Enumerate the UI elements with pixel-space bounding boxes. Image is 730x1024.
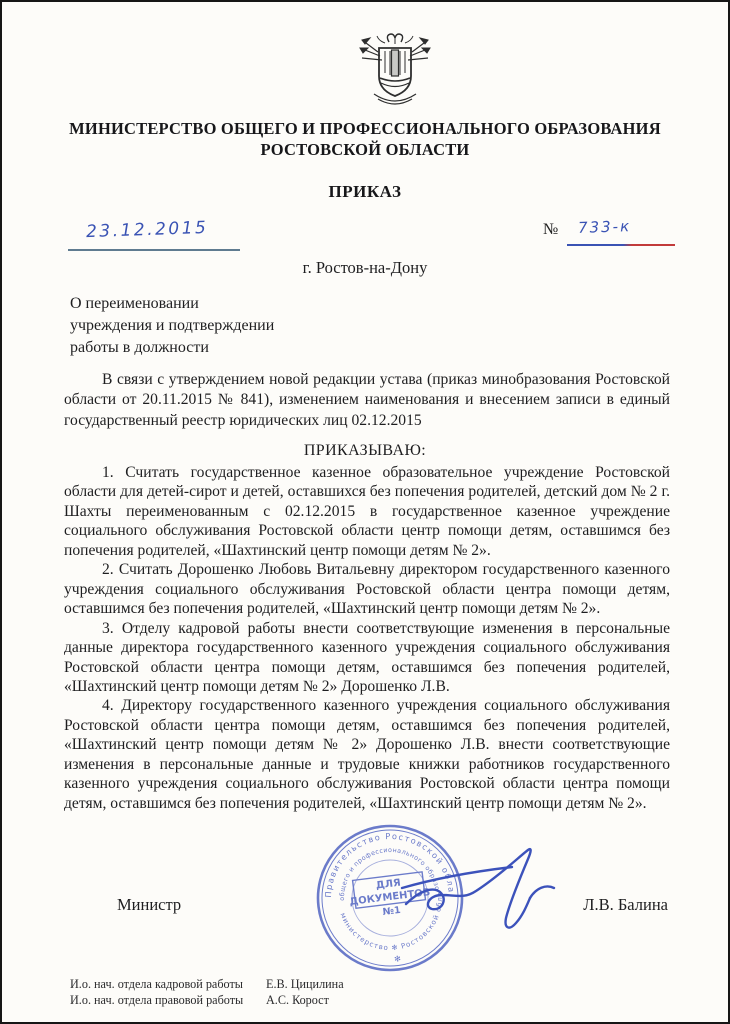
stamp-center-line1: ДЛЯ (375, 878, 401, 892)
intro-paragraph: В связи с утверждением новой редакции ус… (64, 370, 670, 431)
footer-name-2: А.С. Корост (266, 992, 490, 1008)
minister-name: Л.В. Балина (583, 895, 668, 915)
order-item-4: 4. Директору государственного казенного … (64, 696, 670, 813)
coat-of-arms-icon (354, 30, 436, 112)
footer-approvals: И.о. нач. отдела кадровой работы Е.В. Ци… (70, 976, 490, 1008)
handwritten-date: 23.12.2015 (86, 218, 209, 242)
date-underline (68, 249, 240, 251)
order-item-2: 2. Считать Дорошенко Любовь Витальевну д… (64, 560, 670, 618)
footer-row-1: И.о. нач. отдела кадровой работы Е.В. Ци… (70, 976, 490, 992)
footer-row-2: И.о. нач. отдела правовой работы А.С. Ко… (70, 992, 490, 1008)
footer-position-2: И.о. нач. отдела правовой работы (70, 992, 266, 1008)
ministry-header: МИНИСТЕРСТВО ОБЩЕГО И ПРОФЕССИОНАЛЬНОГО … (2, 118, 728, 160)
order-word: ПРИКАЗЫВАЮ: (2, 442, 728, 460)
order-item-1: 1. Считать государственное казенное обра… (64, 463, 670, 560)
order-item-3: 3. Отделу кадровой работы внести соответ… (64, 619, 670, 697)
ministry-line2: РОСТОВСКОЙ ОБЛАСТИ (2, 139, 728, 160)
scanned-order-document: МИНИСТЕРСТВО ОБЩЕГО И ПРОФЕССИОНАЛЬНОГО … (0, 0, 730, 1024)
order-items: 1. Считать государственное казенное обра… (64, 463, 670, 813)
city-line: г. Ростов-на-Дону (2, 258, 728, 278)
document-type-title: ПРИКАЗ (2, 182, 728, 202)
number-label: № (543, 221, 558, 239)
stamp-asterisk: ✻ (394, 954, 402, 964)
stamp-center-line3: №1 (382, 905, 401, 918)
footer-name-1: Е.В. Цицилина (266, 976, 490, 992)
footer-position-1: И.о. нач. отдела кадровой работы (70, 976, 266, 992)
handwritten-number: 733-к (578, 217, 632, 237)
number-underline (567, 244, 675, 246)
minister-signature (400, 844, 590, 954)
subject-block: О переименовании учреждения и подтвержде… (70, 293, 390, 359)
ministry-line1: МИНИСТЕРСТВО ОБЩЕГО И ПРОФЕССИОНАЛЬНОГО … (2, 118, 728, 139)
minister-position: Министр (117, 895, 181, 915)
